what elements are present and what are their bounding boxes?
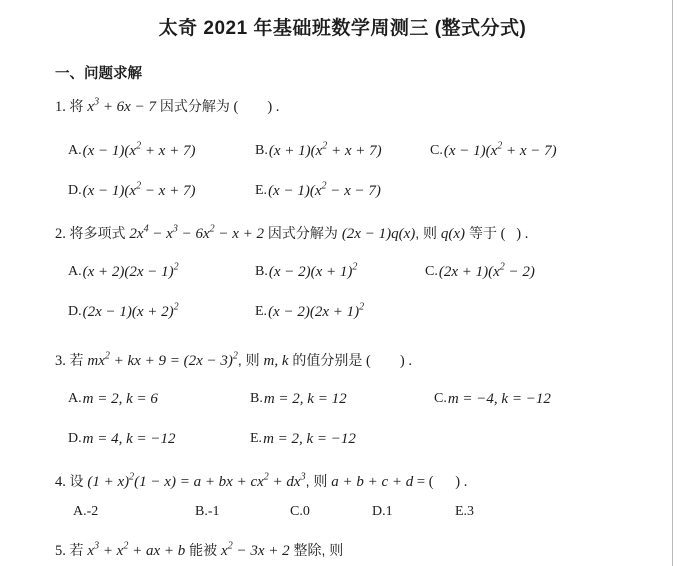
question-4: 4. 设 (1 + x)2(1 − x) = a + bx + cx2 + dx… xyxy=(55,470,655,523)
option-label: B.-1 xyxy=(195,504,221,520)
option-label: A. xyxy=(68,143,83,159)
question-4-stem: 4. 设 (1 + x)2(1 − x) = a + bx + cx2 + dx… xyxy=(55,470,655,493)
option-1b: B.(x + 1)(x2 + x + 7) xyxy=(255,136,430,166)
option-3d: D.m = 4, k = −12 xyxy=(68,424,250,454)
option-label: A. xyxy=(68,264,83,280)
question-5-stem: 5. 若 x3 + x2 + ax + b 能被 x2 − 3x + 2 整除,… xyxy=(55,539,655,562)
option-2d: D.(2x − 1)(x + 2)2 xyxy=(68,297,255,327)
question-1-stem: 1. 将 x3 + 6x − 7 因式分解为 ( ) . xyxy=(55,95,655,118)
option-4e: E.3 xyxy=(455,501,655,523)
option-formula: (x − 1)(x2 − x + 7) xyxy=(83,182,196,200)
option-formula: (x − 1)(x2 − x − 7) xyxy=(268,182,381,200)
question-3-options: A.m = 2, k = 6 B.m = 2, k = 12 C.m = −4,… xyxy=(68,384,655,454)
option-3e: E.m = 2, k = −12 xyxy=(250,424,434,454)
option-label: D.1 xyxy=(372,504,394,520)
option-formula: m = 2, k = 12 xyxy=(264,390,347,408)
option-label: C.0 xyxy=(290,504,311,520)
option-label: E. xyxy=(250,431,263,447)
option-label: C. xyxy=(430,143,444,159)
option-formula: m = 4, k = −12 xyxy=(83,430,176,448)
option-label: E. xyxy=(255,183,268,199)
option-label: B. xyxy=(255,143,269,159)
option-1a: A.(x − 1)(x2 + x + 7) xyxy=(68,136,255,166)
section-heading: 一、问题求解 xyxy=(55,62,655,83)
option-formula: (2x + 1)(x2 − 2) xyxy=(439,263,535,281)
question-4-options: A.-2 B.-1 C.0 D.1 E.3 xyxy=(73,501,655,523)
page-right-border xyxy=(672,0,673,566)
option-4c: C.0 xyxy=(290,501,372,523)
option-formula: (x + 2)(2x − 1)2 xyxy=(83,263,179,281)
option-formula: (x − 1)(x2 + x − 7) xyxy=(444,142,557,160)
option-label: D. xyxy=(68,304,83,320)
option-formula: (x + 1)(x2 + x + 7) xyxy=(269,142,382,160)
option-label: D. xyxy=(68,431,83,447)
question-5: 5. 若 x3 + x2 + ax + b 能被 x2 − 3x + 2 整除,… xyxy=(55,539,655,562)
question-3: 3. 若 mx2 + kx + 9 = (2x − 3)2, 则 m, k 的值… xyxy=(55,349,655,454)
doc-content: 一、问题求解 1. 将 x3 + 6x − 7 因式分解为 ( ) . A.(x… xyxy=(0,62,685,562)
option-3a: A.m = 2, k = 6 xyxy=(68,384,250,414)
option-formula: m = −4, k = −12 xyxy=(448,390,551,408)
option-formula: (x − 1)(x2 + x + 7) xyxy=(83,142,196,160)
option-formula: (2x − 1)(x + 2)2 xyxy=(83,303,179,321)
question-1: 1. 将 x3 + 6x − 7 因式分解为 ( ) . A.(x − 1)(x… xyxy=(55,95,655,206)
option-1e: E.(x − 1)(x2 − x − 7) xyxy=(255,176,430,206)
option-1d: D.(x − 1)(x2 − x + 7) xyxy=(68,176,255,206)
option-formula: m = 2, k = 6 xyxy=(83,390,158,408)
question-2-stem: 2. 将多项式 2x4 − x3 − 6x2 − x + 2 因式分解为 (2x… xyxy=(55,222,655,245)
option-4a: A.-2 xyxy=(73,501,195,523)
option-label: C. xyxy=(425,264,439,280)
question-1-options: A.(x − 1)(x2 + x + 7) B.(x + 1)(x2 + x +… xyxy=(68,136,655,206)
option-formula: m = 2, k = −12 xyxy=(263,430,356,448)
question-2: 2. 将多项式 2x4 − x3 − 6x2 − x + 2 因式分解为 (2x… xyxy=(55,222,655,327)
option-2c: C.(2x + 1)(x2 − 2) xyxy=(425,257,655,287)
option-formula: (x − 2)(2x + 1)2 xyxy=(268,303,364,321)
option-3c: C.m = −4, k = −12 xyxy=(434,384,655,414)
option-label: E.3 xyxy=(455,504,475,520)
option-label: A.-2 xyxy=(73,504,99,520)
doc-title: 太奇 2021 年基础班数学周测三 (整式分式) xyxy=(0,0,685,40)
question-3-stem: 3. 若 mx2 + kx + 9 = (2x − 3)2, 则 m, k 的值… xyxy=(55,349,655,372)
option-2a: A.(x + 2)(2x − 1)2 xyxy=(68,257,255,287)
option-4d: D.1 xyxy=(372,501,455,523)
option-label: B. xyxy=(255,264,269,280)
question-2-options: A.(x + 2)(2x − 1)2 B.(x − 2)(x + 1)2 C.(… xyxy=(68,257,655,327)
option-label: B. xyxy=(250,391,264,407)
option-formula: (x − 2)(x + 1)2 xyxy=(269,263,358,281)
option-2b: B.(x − 2)(x + 1)2 xyxy=(255,257,425,287)
option-2e: E.(x − 2)(2x + 1)2 xyxy=(255,297,425,327)
option-1c: C.(x − 1)(x2 + x − 7) xyxy=(430,136,655,166)
option-label: D. xyxy=(68,183,83,199)
option-label: E. xyxy=(255,304,268,320)
option-label: C. xyxy=(434,391,448,407)
option-3b: B.m = 2, k = 12 xyxy=(250,384,434,414)
option-label: A. xyxy=(68,391,83,407)
option-4b: B.-1 xyxy=(195,501,290,523)
